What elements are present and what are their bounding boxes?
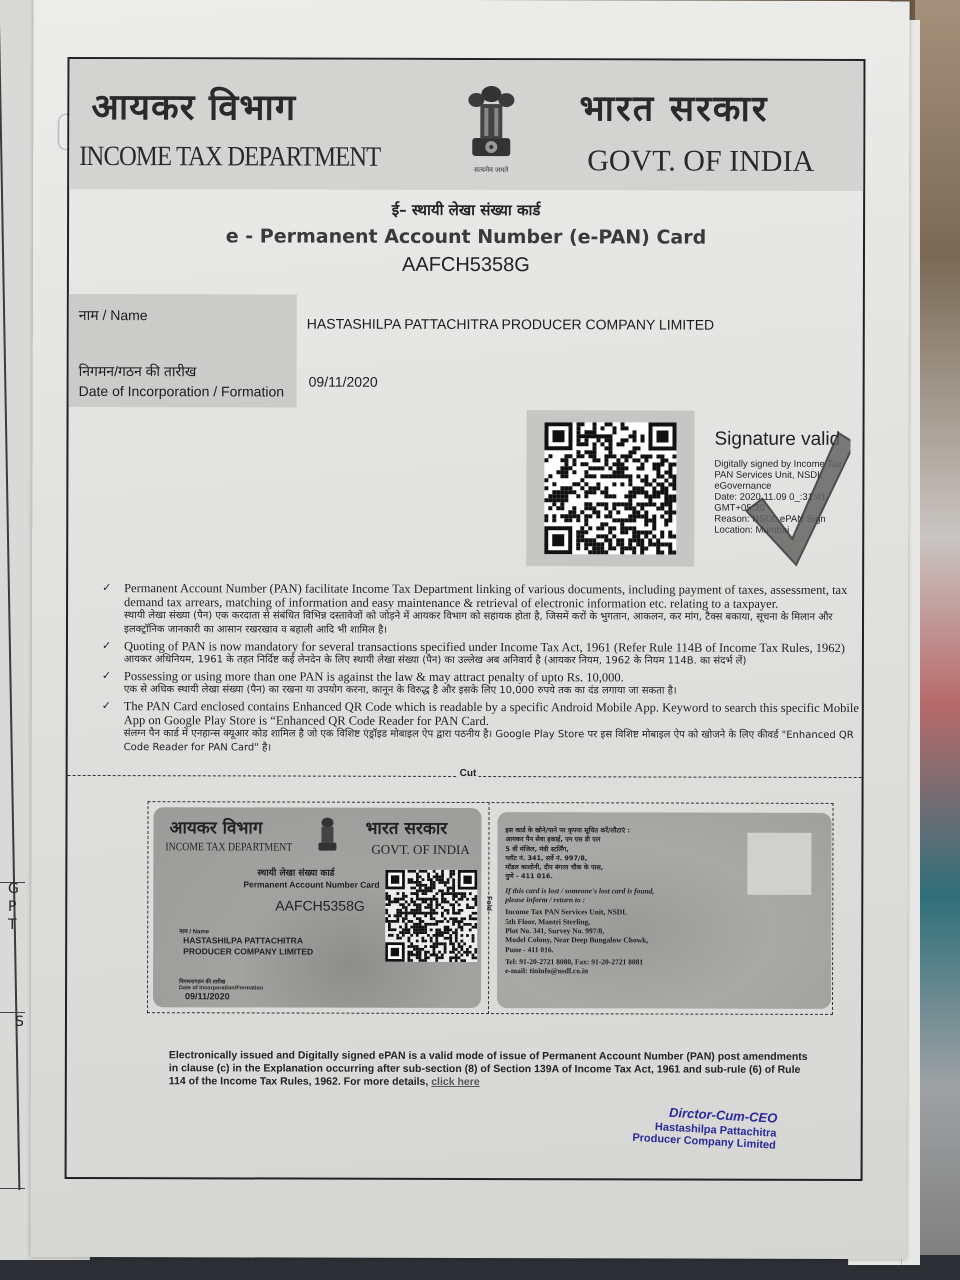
card-back-address-line: Pune - 411 016. (505, 945, 654, 955)
epan-document: आयकर विभाग INCOME TAX DEPARTMENT सत्यमेव… (30, 0, 909, 1259)
card-back-address-line: 5th Floor, Mantri Sterling, (505, 917, 654, 927)
qr-code-panel (526, 410, 694, 566)
title-hindi: ई– स्थायी लेखा संख्या कार्ड (69, 199, 863, 221)
card-back-intro: please inform / return to : (505, 895, 654, 905)
note-english: The PAN Card enclosed contains Enhanced … (124, 699, 860, 729)
card-back-address-line: Model Colony, Near Deep Bungalow Chowk, (505, 935, 654, 945)
name-label: नाम / Name (79, 307, 148, 323)
card-back-text: इस कार्ड के खोने/पाने पर कृपया सूचित करे… (505, 826, 654, 976)
table-row-line (0, 1188, 25, 1189)
card-back-hindi-line: प्लॉट नं. 341, सर्वे नं. 997/8, (505, 854, 654, 864)
side-letter: P (8, 898, 19, 916)
card-back-hindi-line: 5 वीं मंजिल, मंत्री स्टर्लिंग, (505, 845, 654, 855)
note-hindi: आयकर अधिनियम, 1961 के तहत निर्दिष्ट कई ल… (124, 653, 860, 669)
signature-block: Signature valid Digitally signed by Inco… (714, 429, 874, 536)
background-scene (915, 0, 960, 1280)
card-govt-hindi: भारत सरकार (365, 816, 447, 839)
checkmark-icon (740, 429, 850, 569)
card-back-address-line: Plot No. 341, Survey No. 997/8, (505, 926, 654, 936)
card-name-line: PRODUCER COMPANY LIMITED (183, 946, 313, 957)
card-title-hindi: स्थायी लेखा संख्या कार्ड (257, 865, 334, 878)
table-row-line (0, 1012, 25, 1013)
card-hologram-area (747, 833, 811, 895)
card-back-hindi-line: मॉडल कालोनी, दीप बंगला चौक के पास, (505, 863, 654, 873)
click-here-link[interactable]: click here (431, 1076, 479, 1088)
check-icon: ✓ (102, 699, 111, 713)
note-hindi: स्थायी लेखा संख्या (पैन) एक करदाता से सं… (124, 609, 860, 639)
card-doi-label: निगमन/गठन की तारीख Date of Incorporation… (179, 979, 263, 991)
legal-text: Electronically issued and Digitally sign… (169, 1049, 808, 1088)
notes-list: ✓ Permanent Account Number (PAN) facilit… (90, 581, 860, 759)
emblem-motto: सत्यमेव जयते (464, 166, 518, 175)
note-item: ✓ Possessing or using more than one PAN … (90, 669, 860, 699)
title-english: e - Permanent Account Number (e-PAN) Car… (69, 225, 863, 249)
name-label-cell: नाम / Name (69, 294, 297, 350)
legal-notice: Electronically issued and Digitally sign… (169, 1049, 809, 1090)
qr-code (544, 422, 676, 554)
govt-hindi: भारत सरकार (579, 82, 768, 131)
note-item: ✓ The PAN Card enclosed contains Enhance… (90, 699, 860, 757)
document-frame: आयकर विभाग INCOME TAX DEPARTMENT सत्यमेव… (65, 57, 866, 1181)
dept-hindi: आयकर विभाग (91, 81, 296, 131)
note-item: ✓ Quoting of PAN is now mandatory for se… (90, 639, 860, 669)
name-value: HASTASHILPA PATTACHITRA PRODUCER COMPANY… (307, 316, 714, 333)
side-letters: G P T (8, 880, 19, 934)
doi-label-hindi: निगमन/गठन की तारीख (79, 361, 297, 382)
cut-label: Cut (458, 768, 479, 779)
doi-value: 09/11/2020 (309, 374, 378, 390)
header-band: आयकर विभाग INCOME TAX DEPARTMENT सत्यमेव… (69, 59, 863, 191)
card-title-english: Permanent Account Number Card (243, 879, 379, 889)
national-emblem-icon: सत्यमेव जयते (464, 80, 518, 180)
check-icon: ✓ (102, 639, 111, 653)
card-back-intro: If this card is lost / someone's lost ca… (505, 886, 654, 896)
note-hindi: एक से अधिक स्थायी लेखा संख्या (पैन) का र… (124, 683, 860, 699)
note-hindi: संलग्न पैन कार्ड में एनहान्स क्यूआर कोड … (124, 727, 860, 757)
doi-label-cell: निगमन/गठन की तारीख Date of Incorporation… (69, 349, 297, 408)
card-name-line: HASTASHILPA PATTACHITRA (183, 935, 313, 946)
card-back-hindi-line: पुणे - 411 016. (505, 873, 654, 883)
govt-english: GOVT. OF INDIA (587, 144, 814, 179)
card-dept-english: INCOME TAX DEPARTMENT (165, 841, 292, 853)
card-back-contact: Tel: 91-20-2721 8080, Fax: 91-20-2721 80… (505, 957, 654, 967)
card-name: HASTASHILPA PATTACHITRA PRODUCER COMPANY… (183, 935, 313, 957)
check-icon: ✓ (102, 581, 111, 595)
side-letter: S (15, 1014, 24, 1030)
note-item: ✓ Permanent Account Number (PAN) facilit… (90, 581, 860, 639)
card-back-hindi-line: इस कार्ड के खोने/पाने पर कृपया सूचित करे… (505, 826, 654, 836)
check-icon: ✓ (102, 669, 111, 683)
side-letter: G (8, 880, 19, 898)
note-english: Permanent Account Number (PAN) facilitat… (124, 581, 860, 611)
dept-english: INCOME TAX DEPARTMENT (79, 141, 380, 174)
side-letter: T (8, 916, 19, 934)
card-govt-english: GOVT. OF INDIA (371, 842, 469, 858)
company-stamp: Dirctor-Cum-CEO Hastashilpa Pattachitra … (626, 1103, 778, 1152)
card-pan-number: AAFCH5358G (275, 897, 365, 913)
card-emblem-icon (315, 816, 339, 856)
fold-label: Fold (485, 896, 492, 911)
card-back-hindi-line: आयकर पैन सेवा इकाई, एन एस डी एल (505, 835, 654, 845)
card-doi-value: 09/11/2020 (185, 991, 230, 1001)
card-name-label: नाम / Name (179, 927, 209, 935)
pan-card-back: इस कार्ड के खोने/पाने पर कृपया सूचित करे… (497, 812, 832, 1009)
card-back-address-line: Income Tax PAN Services Unit, NSDL (505, 907, 654, 917)
pan-card-front: आयकर विभाग INCOME TAX DEPARTMENT भारत सर… (153, 807, 482, 1008)
card-qr-code (385, 870, 477, 962)
card-dept-hindi: आयकर विभाग (169, 815, 262, 838)
pan-number: AAFCH5358G (69, 253, 863, 278)
doi-label-english: Date of Incorporation / Formation (79, 381, 297, 402)
card-back-contact: e-mail: tininfo@nsdl.co.in (505, 966, 654, 976)
